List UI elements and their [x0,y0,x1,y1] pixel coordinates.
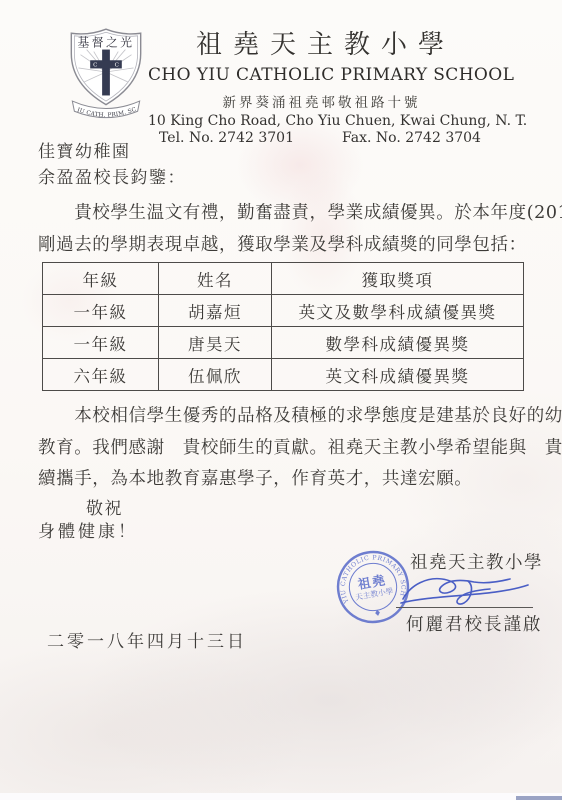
paragraph-2-line: 本校相信學生優秀的品格及積極的求學態度是建基於良好的幼稚園 [38,401,532,433]
tel-fax-line: Tel. No. 2742 3701 Fax. No. 2742 3704 [148,130,492,146]
school-name-en: CHO YIU CATHOLIC PRIMARY SCHOOL [148,65,492,85]
paragraph-2-line: 續攜手，為本地教育嘉惠學子，作育英才，共達宏願。 [38,464,532,496]
cell-name: 唐昊天 [159,327,272,359]
letterhead: 祖堯天主教小學 CHO YIU CATHOLIC PRIMARY SCHOOL … [148,24,492,146]
header-grade: 年級 [43,263,159,295]
principal-signature-icon [397,572,535,610]
header-award: 獲取獎項 [272,263,524,295]
fax-number: Fax. No. 2742 3704 [342,130,481,146]
cell-grade: 一年級 [43,327,159,359]
cell-award: 英文及數學科成績優異獎 [272,295,524,327]
scan-edge [0,793,562,800]
header-name: 姓名 [159,263,272,295]
paragraph-1: 貴校學生温文有禮，勤奮盡責，學業成績優異。於本年度(2017-2018) 剛過去… [38,198,532,261]
paragraph-1-line: 貴校學生温文有禮，勤奮盡責，學業成績優異。於本年度(2017-2018) [38,198,532,230]
crest-motto: 基督之光 [77,36,134,50]
scan-corner-artifact [516,796,562,800]
awards-table: 年級 姓名 獲取獎項 一年級 胡嘉烜 英文及數學科成績優異獎 一年級 唐昊天 數… [42,262,524,391]
tel-number: Tel. No. 2742 3701 [159,130,294,146]
closing-wish: 身體健康！ [38,517,138,542]
closing-salute: 敬祝 [86,494,123,519]
cell-name: 伍佩欣 [159,359,272,391]
letter-date: 二零一八年四月十三日 [47,627,247,652]
cell-grade: 一年級 [43,295,159,327]
cross-letter: C [115,63,119,69]
signoff-school-name: 祖堯天主教小學 [410,549,543,574]
cell-name: 胡嘉烜 [159,295,272,327]
table-header-row: 年級 姓名 獲取獎項 [43,263,524,295]
school-address-zh: 新界葵涌祖堯邨敬祖路十號 [148,91,492,111]
cell-award: 英文科成績優異獎 [272,359,524,391]
salutation: 余盈盈校長鈞鑒： [38,163,186,188]
school-crest-icon: 基督之光 C C CHO YIU CATH. PRIM. SCHOOL [63,21,149,123]
letter-page: 基督之光 C C CHO YIU CATH. PRIM. SCHOOL 祖堯天主… [0,0,562,800]
table-row: 六年級 伍佩欣 英文科成績優異獎 [43,359,524,391]
school-address-en: 10 King Cho Road, Cho Yiu Chuen, Kwai Ch… [148,113,492,129]
paragraph-2: 本校相信學生優秀的品格及積極的求學態度是建基於良好的幼稚園 教育。我們感謝 貴校… [38,401,532,496]
cell-award: 數學科成績優異獎 [272,327,524,359]
cell-grade: 六年級 [43,359,159,391]
paragraph-2-line: 教育。我們感謝 貴校師生的貢獻。祖堯天主教小學希望能與 貴校繼 [38,433,532,465]
signature-line [396,607,533,608]
cross-letter: C [93,63,97,69]
school-name-zh: 祖堯天主教小學 [148,24,492,61]
table-row: 一年級 唐昊天 數學科成績優異獎 [43,327,524,359]
recipient-school: 佳寶幼稚園 [38,137,131,162]
table-row: 一年級 胡嘉烜 英文及數學科成績優異獎 [43,295,524,327]
paragraph-1-line: 剛過去的學期表現卓越，獲取學業及學科成績獎的同學包括： [38,230,532,262]
signer-name: 何麗君校長謹啟 [406,611,543,636]
